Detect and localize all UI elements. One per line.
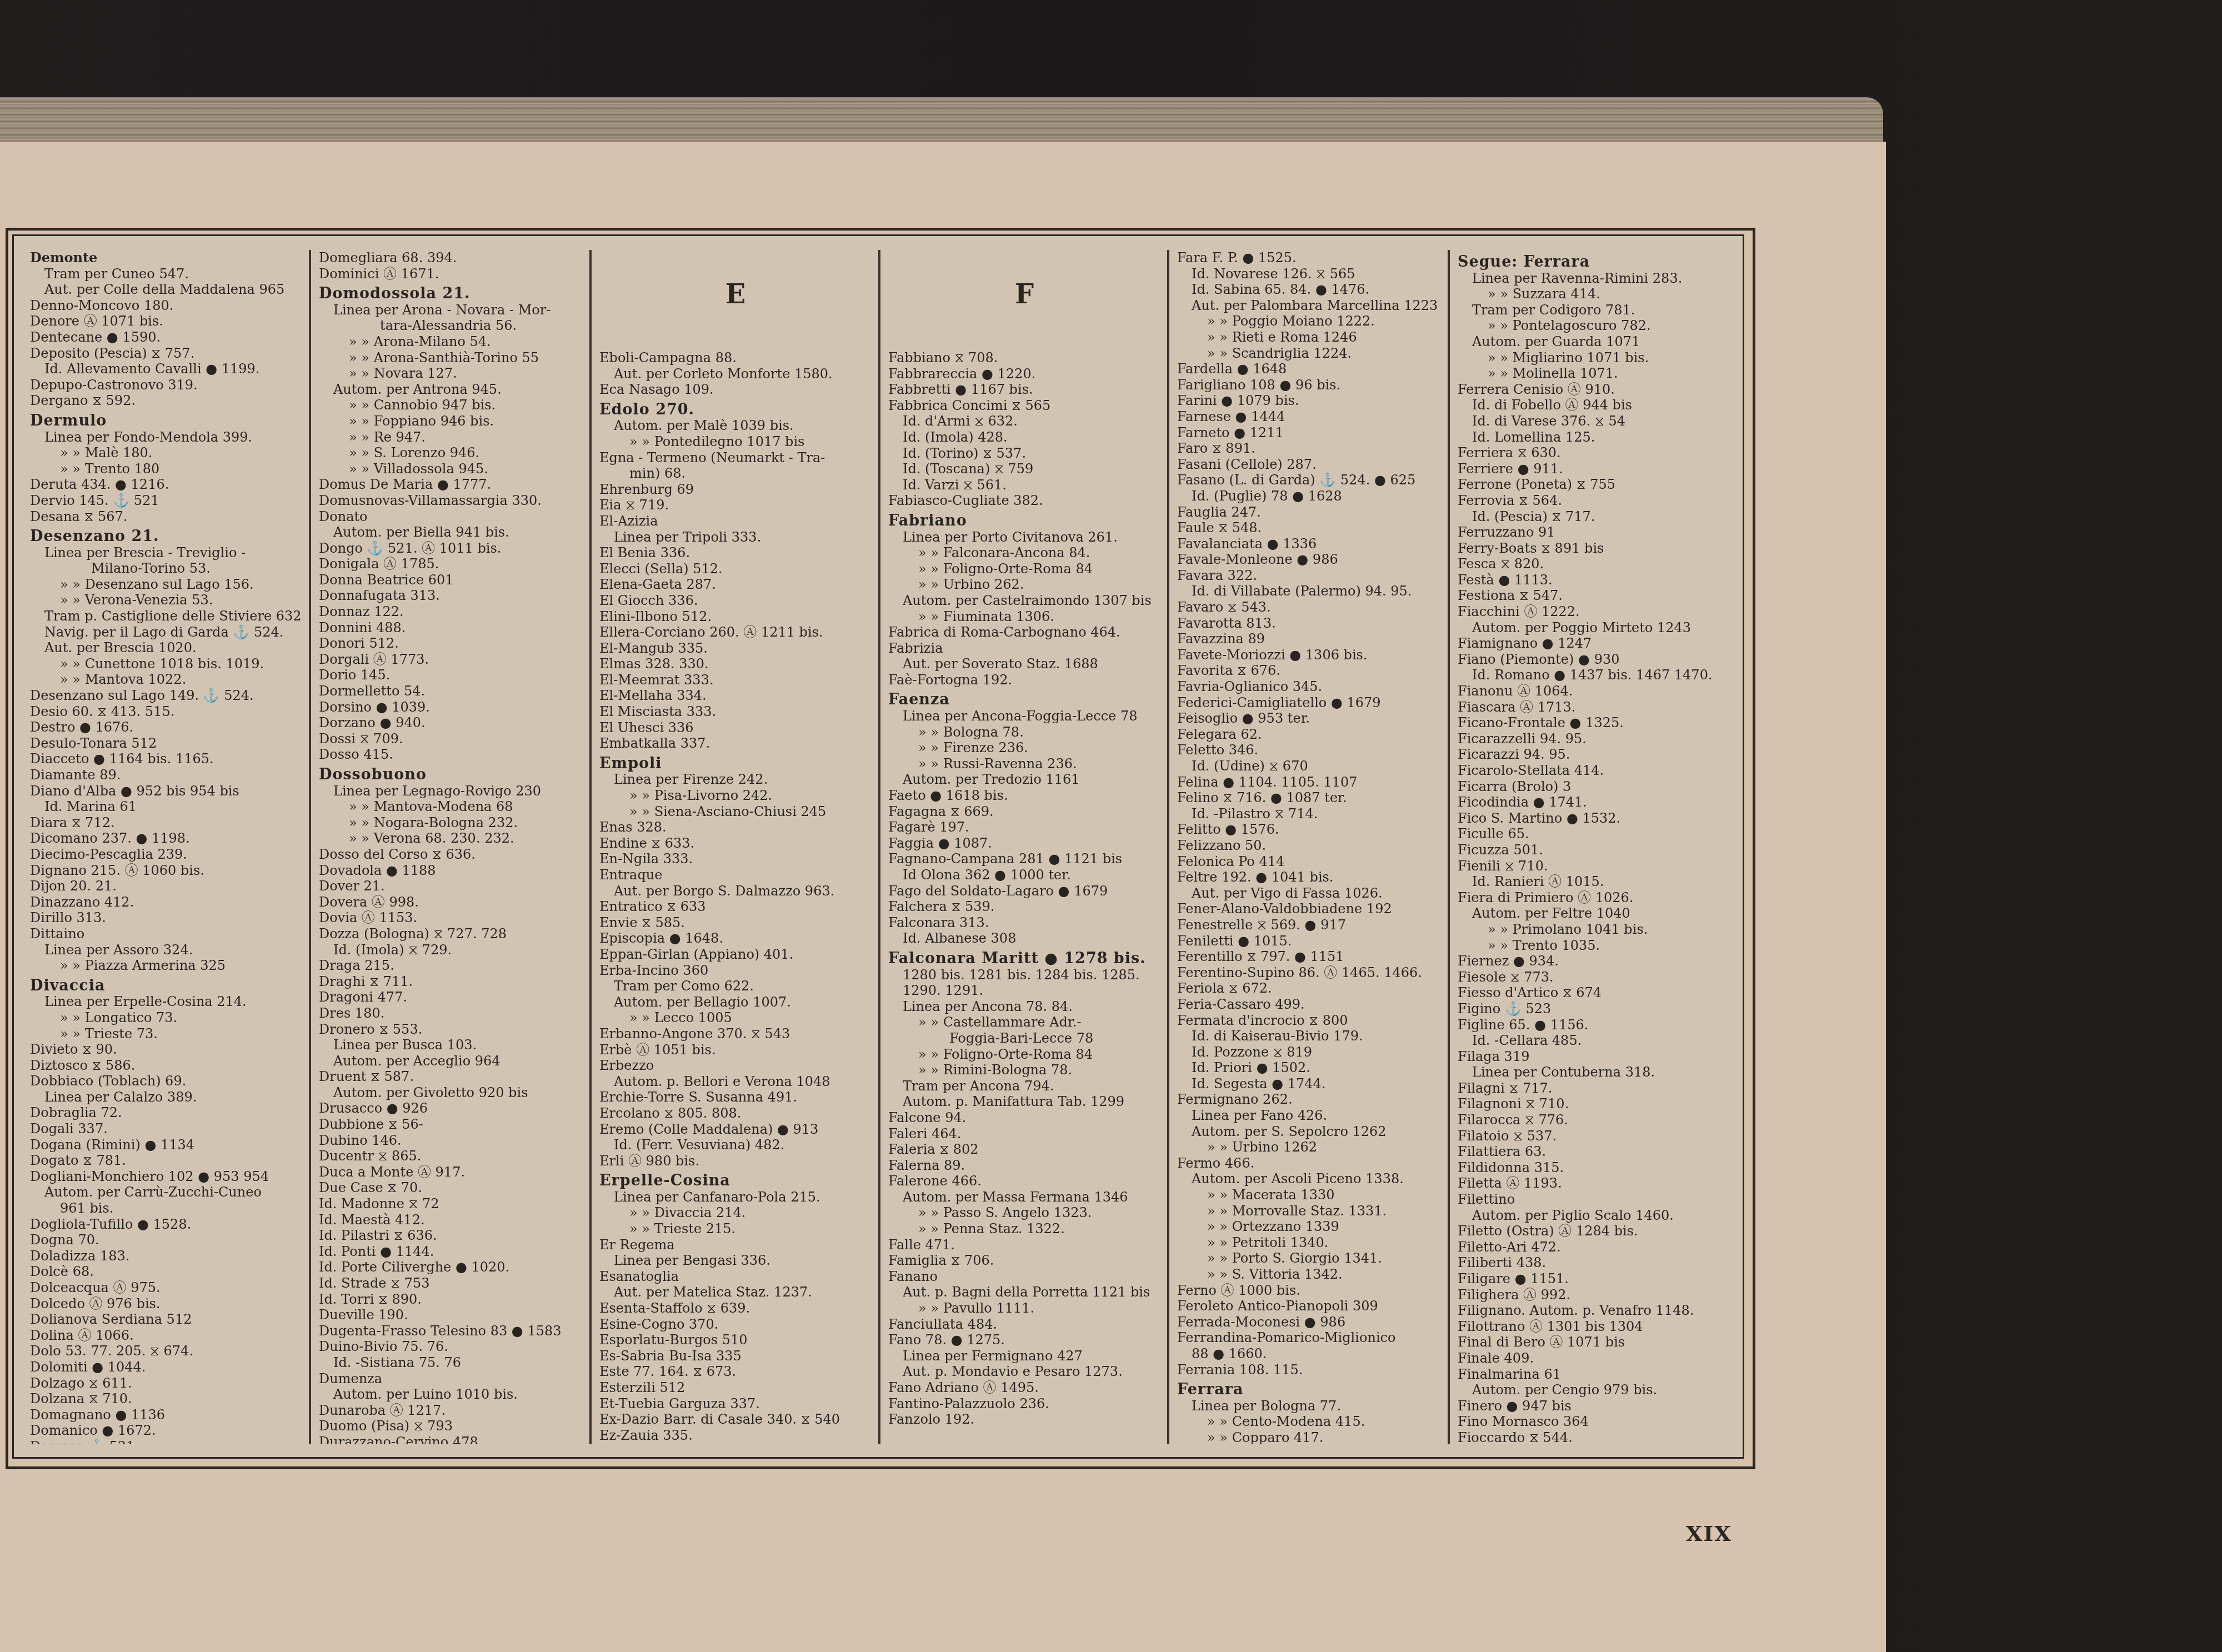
index-entry: Deruta 434. ● 1216. — [30, 477, 302, 493]
index-entry: Dorgali Ⓐ 1773. — [319, 652, 583, 668]
index-entry: Deposito (Pescia) ⧖ 757. — [30, 346, 302, 362]
index-entry: Dicomano 237. ● 1198. — [30, 830, 302, 847]
index-entry: » » Piazza Armerina 325 — [30, 958, 302, 974]
index-entry: Endine ⧖ 633. — [599, 835, 872, 852]
index-entry: » » Passo S. Angelo 1323. — [888, 1205, 1160, 1221]
index-entry: Favalanciata ● 1336 — [1177, 536, 1441, 552]
index-entry: Dinazzano 412. — [30, 894, 302, 910]
index-entry: Felegara 62. — [1177, 727, 1441, 743]
index-entry: Fabbretti ● 1167 bis. — [888, 382, 1160, 398]
index-entry: Episcopia ● 1648. — [599, 930, 872, 947]
index-entry: Tram per Codigoro 781. — [1458, 302, 1729, 318]
index-entry: Fener-Alano-Valdobbiadene 192 — [1177, 901, 1441, 917]
index-entry: Esenta-Staffolo ⧖ 639. — [599, 1300, 872, 1316]
index-entry: Este 77. 164. ⧖ 673. — [599, 1364, 872, 1380]
index-entry: » » Cunettone 1018 bis. 1019. — [30, 656, 302, 672]
index-entry: Autom. per S. Sepolcro 1262 — [1177, 1124, 1441, 1140]
index-entry: Feniletti ● 1015. — [1177, 933, 1441, 949]
index-entry: Aut. per Borgo S. Dalmazzo 963. — [599, 883, 872, 899]
index-entry: Draghi ⧖ 711. — [319, 974, 583, 990]
index-entry: Dobraglia 72. — [30, 1105, 302, 1121]
index-entry: Falle 471. — [888, 1237, 1160, 1253]
index-entry: » » Primolano 1041 bis. — [1458, 922, 1729, 938]
index-entry: Esine-Cogno 370. — [599, 1316, 872, 1333]
index-entry: Id. di Varese 376. ⧖ 54 — [1458, 413, 1729, 429]
index-entry: Id Olona 362 ● 1000 ter. — [888, 867, 1160, 883]
index-entry: Autom. per Poggio Mirteto 1243 — [1458, 620, 1729, 636]
index-entry: Filatoio ⧖ 537. — [1458, 1128, 1729, 1144]
index-entry: Dubino 146. — [319, 1133, 583, 1149]
index-entry: Ficodindia ● 1741. — [1458, 794, 1729, 810]
index-entry: Ferentino-Supino 86. Ⓐ 1465. 1466. — [1177, 965, 1441, 981]
index-entry: Dorsino ● 1039. — [319, 699, 583, 715]
index-entry: Id. (Imola) ⧖ 729. — [319, 942, 583, 958]
index-entry: Linea per Brescia - Treviglio - — [30, 545, 302, 561]
index-entry: Elecci (Sella) 512. — [599, 561, 872, 577]
index-heading: Divaccia — [30, 978, 302, 994]
index-entry: Id. Ranieri Ⓐ 1015. — [1458, 874, 1729, 890]
index-entry: 1290. 1291. — [888, 983, 1160, 999]
index-entry: Dumenza — [319, 1371, 583, 1387]
index-entry: Erbanno-Angone 370. ⧖ 543 — [599, 1026, 872, 1042]
index-entry: Erbè Ⓐ 1051 bis. — [599, 1042, 872, 1058]
index-entry: Ficarazzi 94. 95. — [1458, 747, 1729, 763]
index-entry: Linea per Legnago-Rovigo 230 — [319, 783, 583, 799]
index-entry: Tram per Ancona 794. — [888, 1078, 1160, 1094]
index-entry: Depupo-Castronovo 319. — [30, 377, 302, 393]
index-entry: » » Villadossola 945. — [319, 461, 583, 477]
index-entry: Fiernez ● 934. — [1458, 953, 1729, 969]
index-heading: Fabriano — [888, 513, 1160, 529]
index-entry: Filagnoni ⧖ 710. — [1458, 1096, 1729, 1112]
index-entry: Domegliara 68. 394. — [319, 250, 583, 266]
section-letter: F — [888, 278, 1160, 311]
index-entry: Id. Torri ⧖ 890. — [319, 1291, 583, 1308]
index-entry: Id. Novarese 126. ⧖ 565 — [1177, 266, 1441, 282]
index-entry: Festà ● 1113. — [1458, 572, 1729, 588]
index-entry: Ehrenburg 69 — [599, 482, 872, 498]
index-entry: Donnini 488. — [319, 620, 583, 636]
index-entry: El Misciasta 333. — [599, 704, 872, 720]
index-entry: » » S. Lorenzo 946. — [319, 445, 583, 461]
index-entry: Falerone 466. — [888, 1173, 1160, 1189]
index-entry: Desana ⧖ 567. — [30, 509, 302, 525]
index-entry: » » Castellammare Adr.- — [888, 1014, 1160, 1030]
index-entry: Aut. per Colle della Maddalena 965 — [30, 282, 302, 298]
index-entry: Dogali 337. — [30, 1121, 302, 1137]
index-entry: Fermignano 262. — [1177, 1092, 1441, 1108]
index-entry: Felizzano 50. — [1177, 838, 1441, 854]
index-entry: Favara 322. — [1177, 568, 1441, 584]
index-entry: Eyrs 177. — [599, 1443, 872, 1444]
index-entry: Id. Allevamento Cavalli ● 1199. — [30, 361, 302, 377]
index-entry: Autom. p. Manifattura Tab. 1299 — [888, 1094, 1160, 1110]
index-entry: Felina ● 1104. 1105. 1107 — [1177, 774, 1441, 790]
index-entry: » » Trieste 73. — [30, 1026, 302, 1042]
index-entry: Fabbiano ⧖ 708. — [888, 350, 1160, 366]
index-entry: Erbezzo — [599, 1058, 872, 1074]
index-entry: » » Mantova 1022. — [30, 672, 302, 688]
index-entry: Autom. per Tredozio 1161 — [888, 772, 1160, 788]
index-entry: Dogliani-Monchiero 102 ● 953 954 — [30, 1169, 302, 1185]
index-entry: Drusacco ● 926 — [319, 1100, 583, 1117]
index-entry: Id. Lomellina 125. — [1458, 429, 1729, 445]
index-entry: Denno-Moncovo 180. — [30, 298, 302, 314]
index-entry: Entratico ⧖ 633 — [599, 899, 872, 915]
index-entry: Id. Ponti ● 1144. — [319, 1244, 583, 1260]
index-entry: Ferrovia ⧖ 564. — [1458, 493, 1729, 509]
index-entry: Fiesole ⧖ 773. — [1458, 969, 1729, 985]
index-entry: Faggia ● 1087. — [888, 835, 1160, 852]
index-entry: Dergano ⧖ 592. — [30, 393, 302, 409]
index-entry: » » Divaccia 214. — [599, 1205, 872, 1221]
index-entry: El-Mellaha 334. — [599, 688, 872, 704]
index-entry: Donna Beatrice 601 — [319, 572, 583, 588]
index-entry: Faule ⧖ 548. — [1177, 520, 1441, 536]
index-entry: Ficulle 65. — [1458, 826, 1729, 842]
index-entry: Linea per Arona - Novara - Mor- — [319, 302, 583, 318]
index-entry: Id. (Toscana) ⧖ 759 — [888, 461, 1160, 477]
index-entry: » » Urbino 262. — [888, 577, 1160, 593]
index-heading: Domodossola 21. — [319, 286, 583, 302]
index-entry: Farini ● 1079 bis. — [1177, 393, 1441, 409]
index-columns: DemonteTram per Cuneo 547.Aut. per Colle… — [22, 244, 1736, 1455]
index-entry: Favorita ⧖ 676. — [1177, 663, 1441, 679]
index-entry: Donnaz 122. — [319, 604, 583, 620]
index-entry: Favazzina 89 — [1177, 631, 1441, 647]
index-entry: Id. Varzi ⧖ 561. — [888, 477, 1160, 493]
index-entry: Dolcedo Ⓐ 976 bis. — [30, 1296, 302, 1312]
index-entry: Id. -Sistiana 75. 76 — [319, 1355, 583, 1371]
index-entry: Finale 409. — [1458, 1350, 1729, 1366]
index-entry: Embatkalla 337. — [599, 735, 872, 752]
index-entry: » » Arona-Milano 54. — [319, 334, 583, 350]
index-entry: » » Trieste 215. — [599, 1221, 872, 1237]
index-entry: Dormelletto 54. — [319, 683, 583, 699]
index-entry: Fiascara Ⓐ 1713. — [1458, 699, 1729, 715]
index-entry: Divieto ⧖ 90. — [30, 1042, 302, 1058]
index-entry: Federici-Camigliatello ● 1679 — [1177, 695, 1441, 711]
index-entry: Fiacchini Ⓐ 1222. — [1458, 604, 1729, 620]
index-entry: Ferrania 108. 115. — [1177, 1362, 1441, 1378]
index-entry: Ficarolo-Stellata 414. — [1458, 763, 1729, 779]
index-entry: El Giocch 336. — [599, 593, 872, 609]
index-entry: Fabrizia — [888, 640, 1160, 657]
index-entry: Fauglia 247. — [1177, 504, 1441, 520]
index-entry: Elmas 328. 330. — [599, 656, 872, 672]
index-entry: Fasano (L. di Garda) ⚓ 524. ● 625 — [1177, 472, 1441, 488]
index-entry: Dovera Ⓐ 998. — [319, 894, 583, 910]
index-entry: » » Pavullo 1111. — [888, 1300, 1160, 1316]
index-entry: Fara F. P. ● 1525. — [1177, 250, 1441, 266]
index-entry: Fabbrareccia ● 1220. — [888, 366, 1160, 382]
index-entry: » » Falconara-Ancona 84. — [888, 545, 1160, 561]
index-entry: Fiesso d'Artico ⧖ 674 — [1458, 985, 1729, 1001]
index-entry: Dolomiti ● 1044. — [30, 1359, 302, 1375]
index-entry: Dolzago ⧖ 611. — [30, 1375, 302, 1391]
index-entry: » » Verona-Venezia 53. — [30, 592, 302, 608]
index-entry: Dosso del Corso ⧖ 636. — [319, 847, 583, 863]
index-entry: Fantino-Palazzuolo 236. — [888, 1396, 1160, 1412]
index-entry: Dres 180. — [319, 1005, 583, 1022]
index-entry: Fino Mornasco 364 — [1458, 1414, 1729, 1430]
index-entry: Linea per Fondo-Mendola 399. — [30, 429, 302, 445]
index-entry: » » Porto S. Giorgio 1341. — [1177, 1250, 1441, 1266]
index-entry: » » Molinella 1071. — [1458, 366, 1729, 382]
index-entry: Id. (Ferr. Vesuviana) 482. — [599, 1137, 872, 1153]
index-entry: Filottrano Ⓐ 1301 bis 1304 — [1458, 1319, 1729, 1335]
index-entry: Duino-Bivio 75. 76. — [319, 1339, 583, 1355]
index-entry: Dogna 70. — [30, 1232, 302, 1248]
index-entry: » » Trento 180 — [30, 461, 302, 477]
index-entry: Fanano — [888, 1269, 1160, 1285]
index-entry: Et-Tuebia Garguza 337. — [599, 1396, 872, 1412]
index-entry: Esterzili 512 — [599, 1380, 872, 1396]
index-entry: Donato — [319, 509, 583, 525]
index-entry: Fano Adriano Ⓐ 1495. — [888, 1380, 1160, 1396]
index-entry: » » Penna Staz. 1322. — [888, 1221, 1160, 1237]
index-entry: Filaga 319 — [1458, 1049, 1729, 1065]
index-entry: Faleria ⧖ 802 — [888, 1142, 1160, 1158]
index-entry: Domanico ● 1672. — [30, 1423, 302, 1439]
index-entry: Autom. per Bellagio 1007. — [599, 994, 872, 1010]
index-entry: Foggia-Bari-Lecce 78 — [888, 1030, 1160, 1047]
index-entry: » » Copparo 417. — [1177, 1430, 1441, 1444]
index-entry: Figino ⚓ 523 — [1458, 1001, 1729, 1017]
index-entry: Dogana (Rimini) ● 1134 — [30, 1137, 302, 1153]
index-entry: Ellera-Corciano 260. Ⓐ 1211 bis. — [599, 624, 872, 640]
index-entry: Id. (Imola) 428. — [888, 429, 1160, 445]
index-entry: Figline 65. ● 1156. — [1458, 1017, 1729, 1033]
index-entry: Linea per Erpelle-Cosina 214. — [30, 994, 302, 1010]
index-entry: Milano-Torino 53. — [30, 560, 302, 577]
index-entry: Fardella ● 1648 — [1177, 361, 1441, 377]
index-entry: Esanatoglia — [599, 1269, 872, 1285]
index-entry: Aut. per Vigo di Fassa 1026. — [1177, 885, 1441, 902]
index-entry: Id. Romano ● 1437 bis. 1467 1470. — [1458, 667, 1729, 683]
index-entry: Id. di Fobello Ⓐ 944 bis — [1458, 397, 1729, 413]
index-entry: Fesca ⧖ 820. — [1458, 556, 1729, 572]
index-entry: Diano d'Alba ● 952 bis 954 bis — [30, 783, 302, 799]
index-entry: Diztosco ⧖ 586. — [30, 1058, 302, 1074]
index-entry: Esporlatu-Burgos 510 — [599, 1332, 872, 1348]
index-entry: Favale-Monleone ● 986 — [1177, 552, 1441, 568]
index-entry: » » Pisa-Livorno 242. — [599, 788, 872, 804]
index-entry: » » Siena-Asciano-Chiusi 245 — [599, 804, 872, 820]
index-entry: » » Petritoli 1340. — [1177, 1235, 1441, 1251]
index-entry: Autom. per Feltre 1040 — [1458, 905, 1729, 922]
index-entry: Egna - Termeno (Neumarkt - Tra- — [599, 450, 872, 466]
index-entry: Fanciullata 484. — [888, 1316, 1160, 1333]
index-entry: Aut. per Palombara Marcellina 1223 — [1177, 298, 1441, 314]
index-entry: Id. Porte Ciliverghe ● 1020. — [319, 1259, 583, 1275]
index-entry: Desenzano sul Lago 149. ⚓ 524. — [30, 688, 302, 704]
index-entry: » » Mantova-Modena 68 — [319, 799, 583, 815]
index-entry: Dobbiaco (Toblach) 69. — [30, 1073, 302, 1089]
index-entry: Ferrera Cenisio Ⓐ 910. — [1458, 382, 1729, 398]
index-entry: Autom. per Givoletto 920 bis — [319, 1085, 583, 1101]
index-entry: Id. Sabina 65. 84. ● 1476. — [1177, 282, 1441, 298]
index-entry: » » Firenze 236. — [888, 740, 1160, 756]
index-entry: Id. (Puglie) 78 ● 1628 — [1177, 488, 1441, 504]
index-heading: Falconara Maritt ● 1278 bis. — [888, 951, 1160, 967]
index-entry: Dittaino — [30, 926, 302, 942]
index-entry: Eca Nasago 109. — [599, 382, 872, 398]
index-entry: Eremo (Colle Maddalena) ● 913 — [599, 1122, 872, 1138]
index-entry: 1280 bis. 1281 bis. 1284 bis. 1285. — [888, 967, 1160, 983]
index-entry: Diara ⧖ 712. — [30, 815, 302, 831]
index-entry: Filighera Ⓐ 992. — [1458, 1287, 1729, 1303]
index-entry: Donigala Ⓐ 1785. — [319, 556, 583, 572]
index-entry: min) 68. — [599, 465, 872, 482]
column-3: EEboli-Campagna 88.Aut. per Corleto Monf… — [592, 250, 880, 1444]
index-entry: » » Nogara-Bologna 232. — [319, 815, 583, 831]
index-entry: Linea per Bengasi 336. — [599, 1253, 872, 1269]
column-5: Fara F. P. ● 1525.Id. Novarese 126. ⧖ 56… — [1169, 250, 1450, 1444]
index-entry: Autom. per Piglio Scalo 1460. — [1458, 1208, 1729, 1224]
index-entry: Feisoglio ● 953 ter. — [1177, 710, 1441, 727]
column-2: Domegliara 68. 394.Dominici Ⓐ 1671.Domod… — [311, 250, 592, 1444]
index-entry: Aut. per Corleto Monforte 1580. — [599, 366, 872, 382]
index-entry: Autom. per Luino 1010 bis. — [319, 1386, 583, 1403]
index-entry: Domus De Maria ● 1777. — [319, 477, 583, 493]
index-entry: Finalmarina 61 — [1458, 1366, 1729, 1383]
index-entry: Dervio 145. ⚓ 521 — [30, 493, 302, 509]
index-entry: Fiano (Piemonte) ● 930 — [1458, 652, 1729, 668]
index-heading: Dermulo — [30, 413, 302, 429]
index-entry: Filarocca ⧖ 776. — [1458, 1112, 1729, 1128]
index-entry: Dozza (Bologna) ⧖ 727. 728 — [319, 926, 583, 942]
index-entry: Id. Maestà 412. — [319, 1212, 583, 1228]
index-entry: Faleri 464. — [888, 1126, 1160, 1142]
index-entry: Linea per Fermignano 427 — [888, 1348, 1160, 1364]
index-entry: Es-Sabria Bu-Isa 335 — [599, 1348, 872, 1364]
index-entry: Duomo (Pisa) ⧖ 793 — [319, 1418, 583, 1434]
index-entry: Aut. per Matelica Staz. 1237. — [599, 1284, 872, 1300]
index-entry: Fioccardo ⧖ 544. — [1458, 1430, 1729, 1444]
index-entry: Autom. per Cengio 979 bis. — [1458, 1382, 1729, 1398]
index-entry: Id. (Torino) ⧖ 537. — [888, 445, 1160, 462]
index-entry: » » Russi-Ravenna 236. — [888, 756, 1160, 772]
index-entry: » » Rieti e Roma 1246 — [1177, 329, 1441, 346]
index-entry: Eppan-Girlan (Appiano) 401. — [599, 947, 872, 963]
page-number: XIX — [1686, 1521, 1732, 1546]
index-entry: » » Urbino 1262 — [1177, 1139, 1441, 1155]
index-entry: Faè-Fortogna 192. — [888, 672, 1160, 688]
index-entry: » » Verona 68. 230. 232. — [319, 830, 583, 847]
index-entry: El-Meemrat 333. — [599, 672, 872, 688]
index-entry: Domagnano ● 1136 — [30, 1407, 302, 1423]
index-entry: Feriola ⧖ 672. — [1177, 980, 1441, 997]
index-entry: Aut. per Soverato Staz. 1688 — [888, 656, 1160, 672]
index-entry: Id. Pozzone ⧖ 819 — [1177, 1044, 1441, 1060]
index-heading: Empoli — [599, 756, 872, 772]
index-entry: Id. di Kaiserau-Bivio 179. — [1177, 1028, 1441, 1044]
index-entry: Id. Marina 61 — [30, 799, 302, 815]
index-heading: Faenza — [888, 692, 1160, 708]
index-entry: Autom. per Antrona 945. — [319, 382, 583, 398]
index-entry: Denore Ⓐ 1071 bis. — [30, 313, 302, 329]
index-entry: Domusnovas-Villamassargia 330. — [319, 493, 583, 509]
index-entry: Elena-Gaeta 287. — [599, 577, 872, 593]
index-entry: Ficano-Frontale ● 1325. — [1458, 715, 1729, 731]
index-entry: Erchie-Torre S. Susanna 491. — [599, 1089, 872, 1105]
index-entry: Faeto ● 1618 bis. — [888, 788, 1160, 804]
index-entry: Autom. per Massa Fermana 1346 — [888, 1189, 1160, 1205]
index-entry: Erli Ⓐ 980 bis. — [599, 1153, 872, 1169]
index-entry: » » Scandriglia 1224. — [1177, 346, 1441, 362]
index-entry: Linea per Firenze 242. — [599, 772, 872, 788]
index-entry: Aut. p. Bagni della Porretta 1121 bis — [888, 1284, 1160, 1300]
index-entry: Ex-Dazio Barr. di Casale 340. ⧖ 540 — [599, 1411, 872, 1428]
index-entry: Filetto (Ostra) Ⓐ 1284 bis. — [1458, 1223, 1729, 1239]
index-entry: Id. (Udine) ⧖ 670 — [1177, 758, 1441, 774]
index-entry: Ducentr ⧖ 865. — [319, 1148, 583, 1164]
index-entry: » » Arona-Santhià-Torino 55 — [319, 350, 583, 366]
index-entry: Autom. p. Bellori e Verona 1048 — [599, 1074, 872, 1090]
index-entry: Ferno Ⓐ 1000 bis. — [1177, 1283, 1441, 1299]
index-entry: » » Migliarino 1071 bis. — [1458, 350, 1729, 366]
index-entry: Dominici Ⓐ 1671. — [319, 266, 583, 282]
index-entry: Dongo ⚓ 521. Ⓐ 1011 bis. — [319, 540, 583, 557]
index-entry: Dogato ⧖ 781. — [30, 1153, 302, 1169]
index-entry: Er Regema — [599, 1237, 872, 1253]
index-entry: Autom. per Acceglio 964 — [319, 1053, 583, 1069]
index-entry: El-Mangub 335. — [599, 640, 872, 657]
index-entry: Falcone 94. — [888, 1110, 1160, 1126]
index-entry: Finero ● 947 bis — [1458, 1398, 1729, 1414]
index-entry: Dijon 20. 21. — [30, 878, 302, 894]
index-entry: Autom. per Guarda 1071 — [1458, 334, 1729, 350]
index-entry: Dubbione ⧖ 56- — [319, 1117, 583, 1133]
index-entry: Desulo-Tonara 512 — [30, 735, 302, 752]
index-entry: Ferriera ⧖ 630. — [1458, 445, 1729, 461]
index-entry: Linea per Assoro 324. — [30, 942, 302, 958]
index-entry: Dolianova Serdiana 512 — [30, 1311, 302, 1328]
index-entry: Destro ● 1676. — [30, 719, 302, 735]
index-heading: Segue: Ferrara — [1458, 254, 1729, 271]
index-entry: Fildidonna 315. — [1458, 1160, 1729, 1176]
index-entry: Durazzano-Cervino 478. — [319, 1434, 583, 1444]
index-entry: Donnafugata 313. — [319, 588, 583, 604]
index-entry: Fenestrelle ⧖ 569. ● 917 — [1177, 917, 1441, 933]
index-entry: Erba-Incino 360 — [599, 963, 872, 979]
index-entry: Festiona ⧖ 547. — [1458, 588, 1729, 604]
index-entry: Feltre 192. ● 1041 bis. — [1177, 869, 1441, 885]
index-entry: En-Ngila 333. — [599, 851, 872, 867]
index-entry: Fabiasco-Cugliate 382. — [888, 493, 1160, 509]
index-entry: Fiera di Primiero Ⓐ 1026. — [1458, 890, 1729, 906]
index-entry: Dorzano ● 940. — [319, 715, 583, 731]
index-entry: Dignano 215. Ⓐ 1060 bis. — [30, 863, 302, 879]
index-entry: Desio 60. ⧖ 413. 515. — [30, 704, 302, 720]
index-entry: Draga 215. — [319, 958, 583, 974]
index-entry: Domaso ⚓ 521. — [30, 1439, 302, 1444]
index-entry: » » Ortezzano 1339 — [1177, 1219, 1441, 1235]
index-entry: Enas 328. — [599, 819, 872, 835]
index-entry: » » Re 947. — [319, 429, 583, 445]
index-entry: Dosso 415. — [319, 747, 583, 763]
index-entry: Diecimo-Pescaglia 239. — [30, 847, 302, 863]
index-entry: Linea per Bologna 77. — [1177, 1398, 1441, 1414]
index-entry: Fagnano-Campana 281 ● 1121 bis — [888, 851, 1160, 867]
index-entry: Dugenta-Frasso Telesino 83 ● 1583 — [319, 1323, 583, 1339]
index-entry: Dirillo 313. — [30, 910, 302, 926]
index-heading: Ferrara — [1177, 1382, 1441, 1398]
index-entry: Ferrada-Moconesi ● 986 — [1177, 1314, 1441, 1330]
index-entry: » » Desenzano sul Lago 156. — [30, 577, 302, 593]
index-entry: » » Foppiano 946 bis. — [319, 413, 583, 429]
